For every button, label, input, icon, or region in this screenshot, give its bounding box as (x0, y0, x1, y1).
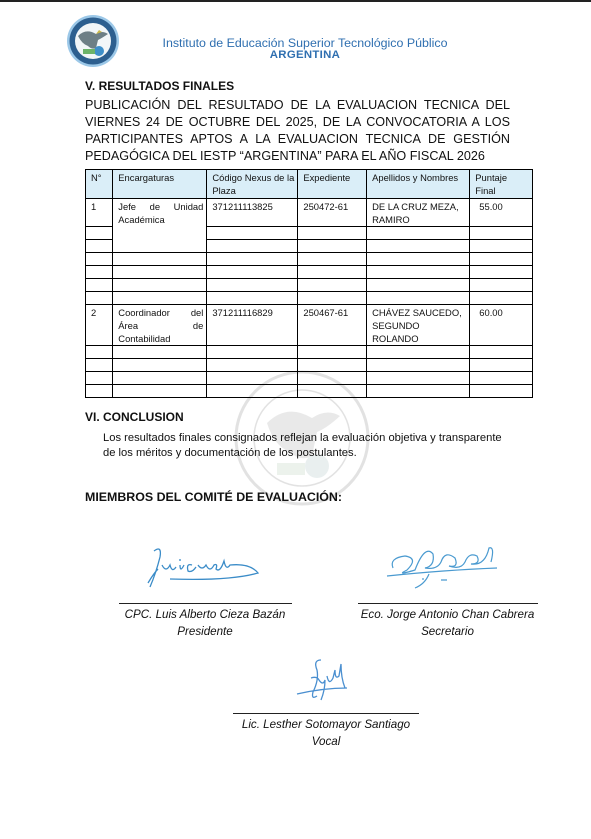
signature-line (233, 713, 419, 714)
col-header-expediente: Expediente (298, 170, 367, 199)
section-v-heading: V. RESULTADOS FINALES (85, 79, 234, 93)
cell-encargatura: Jefe de Unidad Académica (113, 199, 207, 253)
member-name: CPC. Luis Alberto Cieza Bazán (110, 606, 300, 623)
cell-expediente: 250472-61 (298, 199, 367, 227)
cell-codigo: 371211116829 (207, 305, 298, 346)
blank-row (86, 292, 533, 305)
signature-secretario-icon (385, 540, 505, 590)
section-vi-heading: VI. CONCLUSION (85, 410, 184, 424)
cell-expediente: 250467-61 (298, 305, 367, 346)
conclusion-line: Los resultados finales consignados refle… (103, 431, 523, 446)
member-name: Eco. Jorge Antonio Chan Cabrera (350, 606, 545, 623)
results-table: N° Encargaturas Código Nexus de la Plaza… (85, 169, 533, 398)
member-role: Vocal (226, 733, 426, 750)
cell-nombres: DE LA CRUZ MEZA, RAMIRO (367, 199, 470, 227)
table-header-row: N° Encargaturas Código Nexus de la Plaza… (86, 170, 533, 199)
member-presidente: CPC. Luis Alberto Cieza Bazán Presidente (110, 603, 300, 640)
institute-logo-icon (66, 14, 120, 68)
cell-puntaje: 60.00 (470, 305, 533, 346)
blank-row (86, 359, 533, 372)
blank-row (86, 385, 533, 398)
signature-presidente-icon (140, 543, 270, 593)
member-role: Presidente (110, 623, 300, 640)
member-secretario: Eco. Jorge Antonio Chan Cabrera Secretar… (350, 603, 545, 640)
col-header-number: N° (86, 170, 113, 199)
viewer-top-border (0, 0, 591, 2)
conclusion-line: de los méritos y documentación de los po… (103, 446, 523, 461)
blank-row (86, 266, 533, 279)
col-header-puntaje: Puntaje Final (470, 170, 533, 199)
member-name: Lic. Lesther Sotomayor Santiago (226, 716, 426, 733)
publication-line: PARTICIPANTES APTOS A LA EVALUACION TECN… (85, 131, 510, 148)
conclusion-paragraph: Los resultados finales consignados refle… (103, 431, 523, 461)
col-header-encargaturas: Encargaturas (113, 170, 207, 199)
cell-encargatura: Coordinador del Área de Contabilidad (113, 305, 207, 346)
cell-puntaje: 55.00 (470, 199, 533, 227)
signature-line (358, 603, 538, 604)
publication-line: VIERNES 24 DE OCTUBRE DEL 2025, DE LA CO… (85, 114, 510, 131)
cell-codigo: 371211113825 (207, 199, 298, 227)
blank-row (86, 372, 533, 385)
table-row: 1 Jefe de Unidad Académica 371211113825 … (86, 199, 533, 227)
institute-subtitle: ARGENTINA (140, 49, 470, 61)
col-header-codigo: Código Nexus de la Plaza (207, 170, 298, 199)
blank-row (86, 253, 533, 266)
signature-line (119, 603, 292, 604)
table-row: 2 Coordinador del Área de Contabilidad 3… (86, 305, 533, 346)
signature-vocal-icon (295, 656, 355, 704)
cell-nombres: CHÁVEZ SAUCEDO, SEGUNDO ROLANDO (367, 305, 470, 346)
publication-line: PEDAGÓGICA DEL IESTP “ARGENTINA” PARA EL… (85, 148, 510, 165)
publication-line: PUBLICACIÓN DEL RESULTADO DE LA EVALUACI… (85, 97, 510, 114)
member-role: Secretario (350, 623, 545, 640)
member-vocal: Lic. Lesther Sotomayor Santiago Vocal (226, 713, 426, 750)
col-header-nombres: Apellidos y Nombres (367, 170, 470, 199)
institute-name: Instituto de Educación Superior Tecnológ… (140, 36, 470, 50)
institute-header: Instituto de Educación Superior Tecnológ… (140, 36, 470, 61)
cell-number: 2 (86, 305, 113, 346)
committee-heading: MIEMBROS DEL COMITÉ DE EVALUACIÓN: (85, 490, 342, 504)
blank-row (86, 279, 533, 292)
cell-number: 1 (86, 199, 113, 227)
publication-paragraph: PUBLICACIÓN DEL RESULTADO DE LA EVALUACI… (85, 97, 510, 165)
blank-row (86, 346, 533, 359)
